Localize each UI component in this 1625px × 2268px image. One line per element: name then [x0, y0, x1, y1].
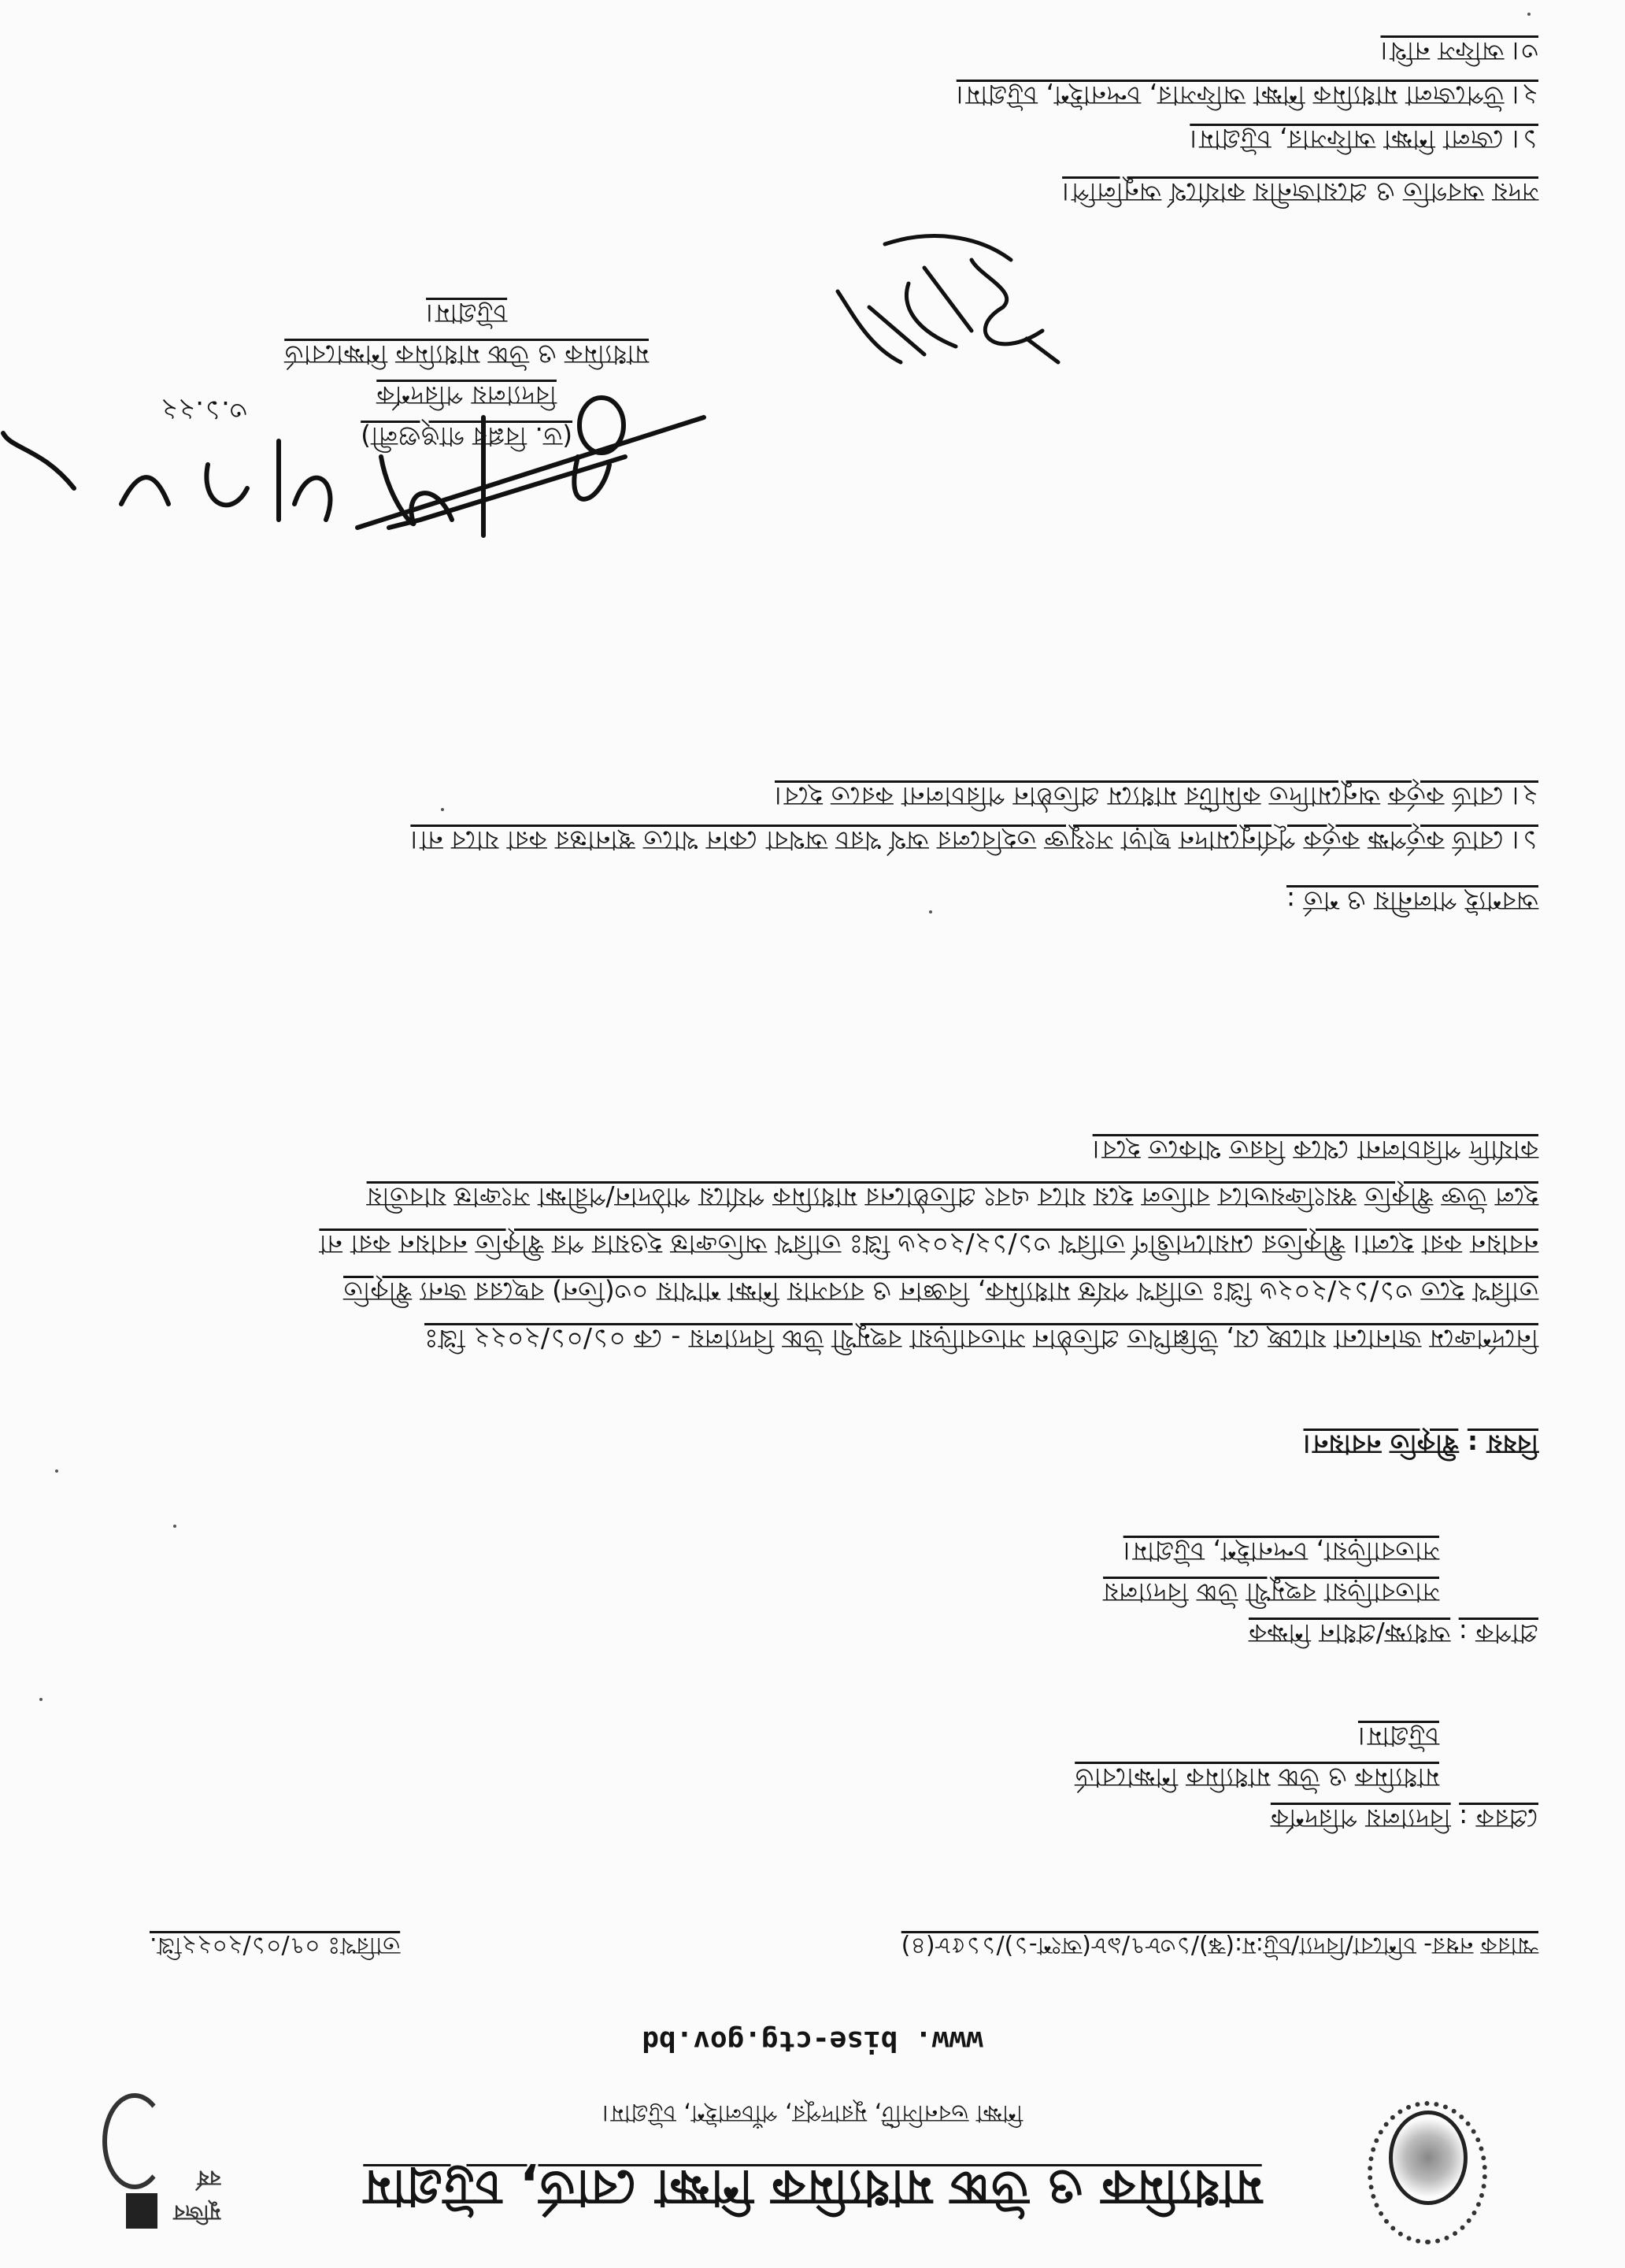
- conditions-list: ১। বোর্ড কর্তৃপক্ষ কর্তৃক পূর্বানুমোদন ছ…: [410, 774, 1538, 862]
- sender-city: চট্টগ্রাম।: [1075, 1716, 1538, 1757]
- memo-number: স্মারক নম্বর- চশিবো/বিদ্যা/চট্ট:ম:(স্ক)/…: [901, 1925, 1538, 1965]
- recipient-label: প্রাপক :: [1459, 1618, 1538, 1649]
- body-line: হলে উক্ত স্বীকৃতি স্বয়ংক্রিয়ভাবে বাতিল…: [82, 1173, 1538, 1221]
- scan-speck: [39, 1698, 43, 1701]
- condition-item: ২। বোর্ড কর্তৃক অনুমোদিত কমিটির মাধ্যমে …: [410, 774, 1538, 818]
- scan-speck: [441, 808, 444, 811]
- signatory-block: (ড. বিপ্লব গাঙ্গুলী) বিদ্যালয় পরিদর্শক …: [284, 293, 649, 457]
- scan-speck: [55, 1469, 58, 1473]
- signatory-name: (ড. বিপ্লব গাঙ্গুলী): [284, 416, 649, 457]
- conditions-heading: অবশ্যই পালনীয় ও শর্ত :: [1286, 877, 1538, 921]
- handwritten-date: ৩.১.২২: [161, 395, 247, 426]
- signatory-office: মাধ্যমিক ও উচ্চ মাধ্যমিক শিক্ষাবোর্ড: [284, 334, 649, 375]
- subject-label: বিষয় :: [1468, 1429, 1538, 1460]
- board-website-link[interactable]: www. bise-ctg.gov.bd: [0, 2025, 1625, 2057]
- mujib-borsho-logo-icon: মুজিব বর্ষ: [94, 2087, 220, 2236]
- recipient-institution: সাতবাড়িয়া বহুমুখী উচ্চ বিদ্যালয়: [1103, 1572, 1538, 1613]
- sender-office: মাধ্যমিক ও উচ্চ মাধ্যমিক শিক্ষাবোর্ড: [1075, 1757, 1538, 1798]
- copy-to-list: ১। জেলা শিক্ষা অফিসার, চট্টগ্রাম। ২। উপজ…: [957, 29, 1538, 161]
- body-line: কার্যাদি পরিচালনা থেকে বিরত থাকতে হবে।: [82, 1126, 1538, 1173]
- subject-text: স্বীকৃতি নবায়ন।: [1303, 1429, 1458, 1460]
- scan-speck: [173, 1525, 176, 1528]
- subject-line: বিষয় : স্বীকৃতি নবায়ন।: [1303, 1421, 1538, 1465]
- body-line: নির্দেশক্রমে জানানো যাচ্ছে যে, উল্লিখিত …: [82, 1315, 1538, 1362]
- copy-to-item: ২। উপজেলা মাধ্যমিক শিক্ষা অফিসার, চন্দনা…: [957, 73, 1538, 117]
- board-address: শিক্ষা ভবনসিটি, মুরাদপুর, পাঁচলাইশ, চট্ট…: [0, 2092, 1625, 2133]
- sender-designation: বিদ্যালয় পরিদর্শক: [1271, 1803, 1451, 1834]
- scan-speck: [1527, 13, 1531, 16]
- memo-date: তারিখঃ ০৭/০১/২০২২খ্রি.: [150, 1925, 400, 1965]
- recipient-block: প্রাপক : অধ্যক্ষ/প্রধান শিক্ষক সাতবাড়িয…: [1103, 1531, 1538, 1654]
- scanned-letter-page: মাধ্যমিক ও উচ্চ মাধ্যমিক শিক্ষা বোর্ড, চ…: [0, 0, 1625, 2268]
- body-line: নবায়ন করা হলো। স্বীকৃতির মেয়াদোত্তীর্ণ…: [82, 1221, 1538, 1268]
- sender-label: প্রেরক :: [1459, 1803, 1538, 1834]
- copy-to-heading: সদয় অবগতি ও প্রয়োজনীয় কার্যার্থে অনুল…: [1062, 169, 1538, 213]
- scan-speck: [929, 910, 932, 913]
- condition-item: ১। বোর্ড কর্তৃপক্ষ কর্তৃক পূর্বানুমোদন ছ…: [410, 818, 1538, 862]
- handwritten-initials: [822, 205, 1090, 378]
- signatory-city: চট্টগ্রাম।: [284, 293, 649, 334]
- recipient-address: সাতবাড়িয়া, চন্দনাইশ, চট্টগ্রাম।: [1103, 1531, 1538, 1572]
- body-paragraph: নির্দেশক্রমে জানানো যাচ্ছে যে, উল্লিখিত …: [82, 1126, 1538, 1362]
- copy-to-item: ৩। অফিস নথি।: [957, 29, 1538, 73]
- copy-to-item: ১। জেলা শিক্ষা অফিসার, চট্টগ্রাম।: [957, 117, 1538, 161]
- signatory-designation: বিদ্যালয় পরিদর্শক: [284, 375, 649, 416]
- recipient-designation: অধ্যক্ষ/প্রধান শিক্ষক: [1249, 1618, 1450, 1649]
- body-line: তারিখ হতে ৩১/১২/২০২৬ খ্রিঃ তারিখ পর্যন্ত…: [82, 1268, 1538, 1315]
- board-title: মাধ্যমিক ও উচ্চ মাধ্যমিক শিক্ষা বোর্ড, চ…: [0, 2144, 1625, 2225]
- sender-block: প্রেরক : বিদ্যালয় পরিদর্শক মাধ্যমিক ও উ…: [1075, 1716, 1538, 1839]
